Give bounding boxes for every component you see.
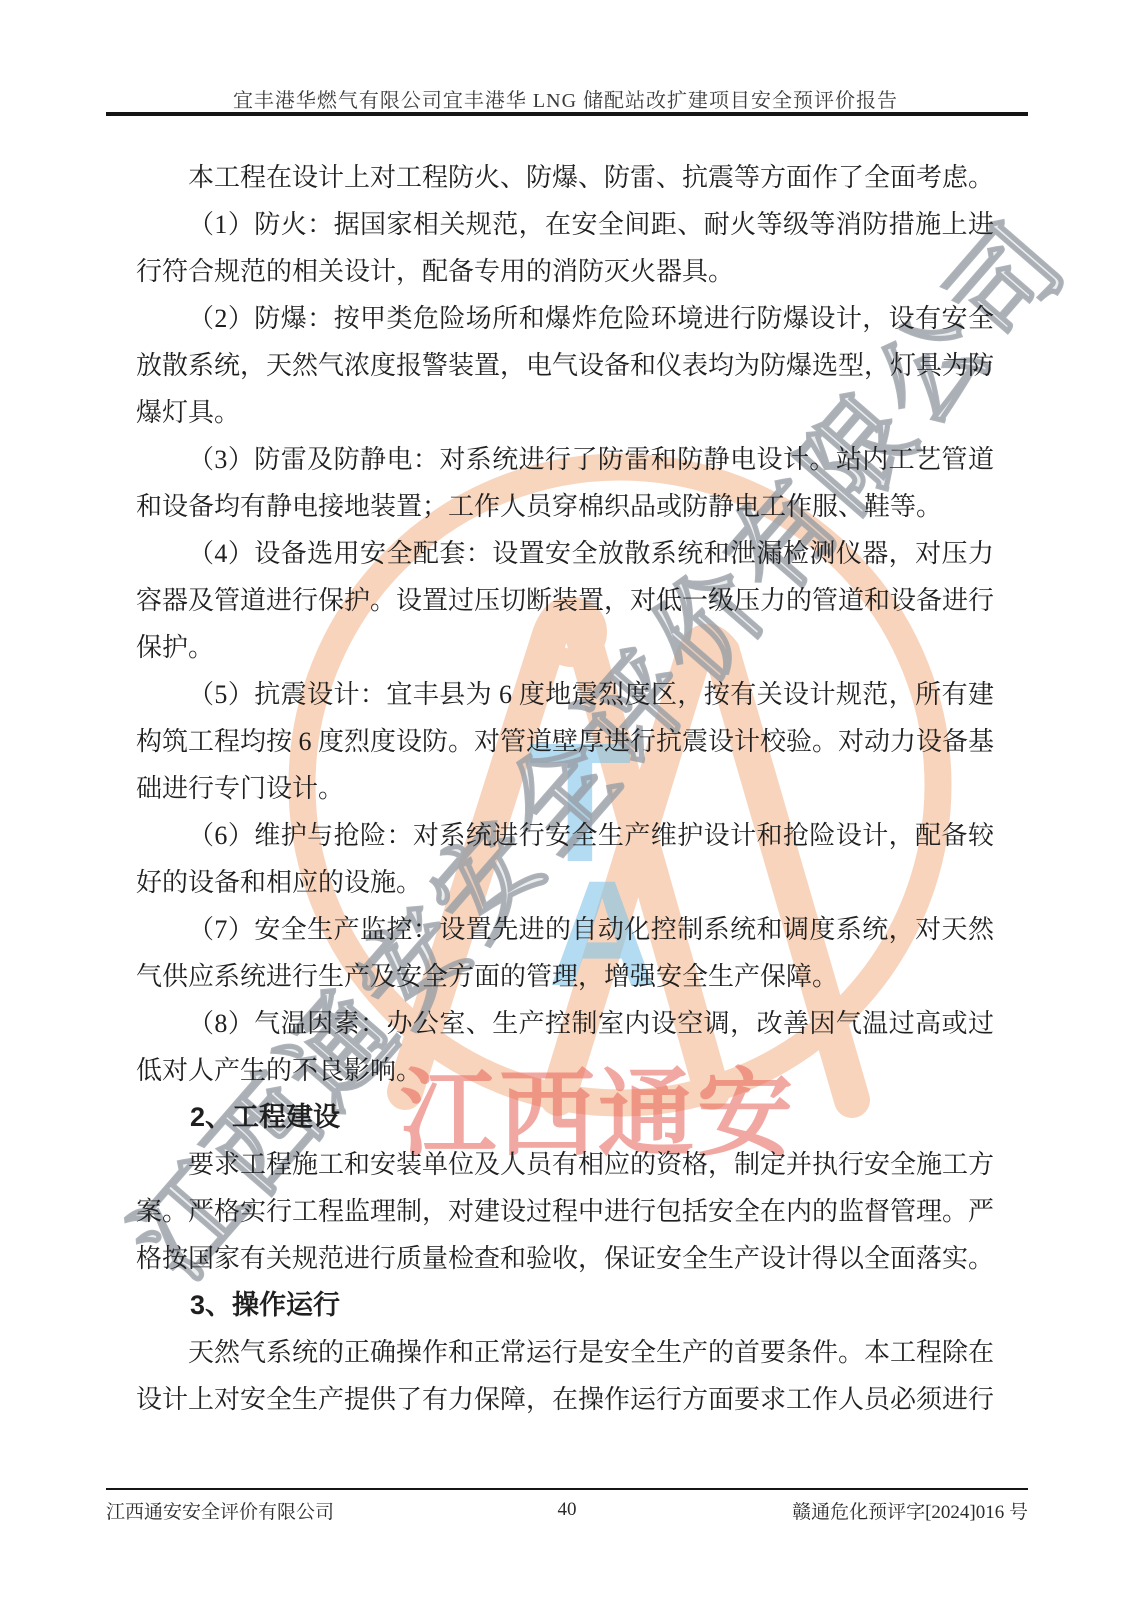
paragraph: （5）抗震设计：宜丰县为 6 度地震烈度区，按有关设计规范，所有建构筑工程均按 … — [136, 671, 994, 812]
paragraph: （7）安全生产监控：设置先进的自动化控制系统和调度系统，对天然气供应系统进行生产… — [136, 906, 994, 1000]
footer-document-number: 赣通危化预评字[2024]016 号 — [792, 1497, 1028, 1524]
paragraph: 本工程在设计上对工程防火、防爆、防雷、抗震等方面作了全面考虑。 — [136, 154, 994, 201]
paragraph: （2）防爆：按甲类危险场所和爆炸危险环境进行防爆设计，设有安全放散系统，天然气浓… — [136, 295, 994, 436]
page-header-title: 宜丰港华燃气有限公司宜丰港华 LNG 储配站改扩建项目安全预评价报告 — [0, 84, 1131, 113]
section-heading: 3、操作运行 — [136, 1282, 994, 1329]
paragraph: （3）防雷及防静电：对系统进行了防雷和防静电设计。站内工艺管道和设备均有静电接地… — [136, 436, 994, 530]
paragraph: （6）维护与抢险：对系统进行安全生产维护设计和抢险设计，配备较好的设备和相应的设… — [136, 812, 994, 906]
header-divider — [106, 112, 1028, 116]
section-heading: 2、工程建设 — [136, 1094, 994, 1141]
paragraph: （1）防火：据国家相关规范，在安全间距、耐火等级等消防措施上进行符合规范的相关设… — [136, 201, 994, 295]
document-page: 宜丰港华燃气有限公司宜丰港华 LNG 储配站改扩建项目安全预评价报告 本工程在设… — [0, 0, 1131, 1600]
paragraph: 要求工程施工和安装单位及人员有相应的资格，制定并执行安全施工方案。严格实行工程监… — [136, 1141, 994, 1282]
paragraph: （8）气温因素：办公室、生产控制室内设空调，改善因气温过高或过低对人产生的不良影… — [136, 1000, 994, 1094]
paragraph: （4）设备选用安全配套：设置安全放散系统和泄漏检测仪器，对压力容器及管道进行保护… — [136, 530, 994, 671]
paragraph: 天然气系统的正确操作和正常运行是安全生产的首要条件。本工程除在设计上对安全生产提… — [136, 1329, 994, 1423]
document-body: 本工程在设计上对工程防火、防爆、防雷、抗震等方面作了全面考虑。（1）防火：据国家… — [136, 154, 994, 1423]
footer-divider — [106, 1488, 1028, 1490]
